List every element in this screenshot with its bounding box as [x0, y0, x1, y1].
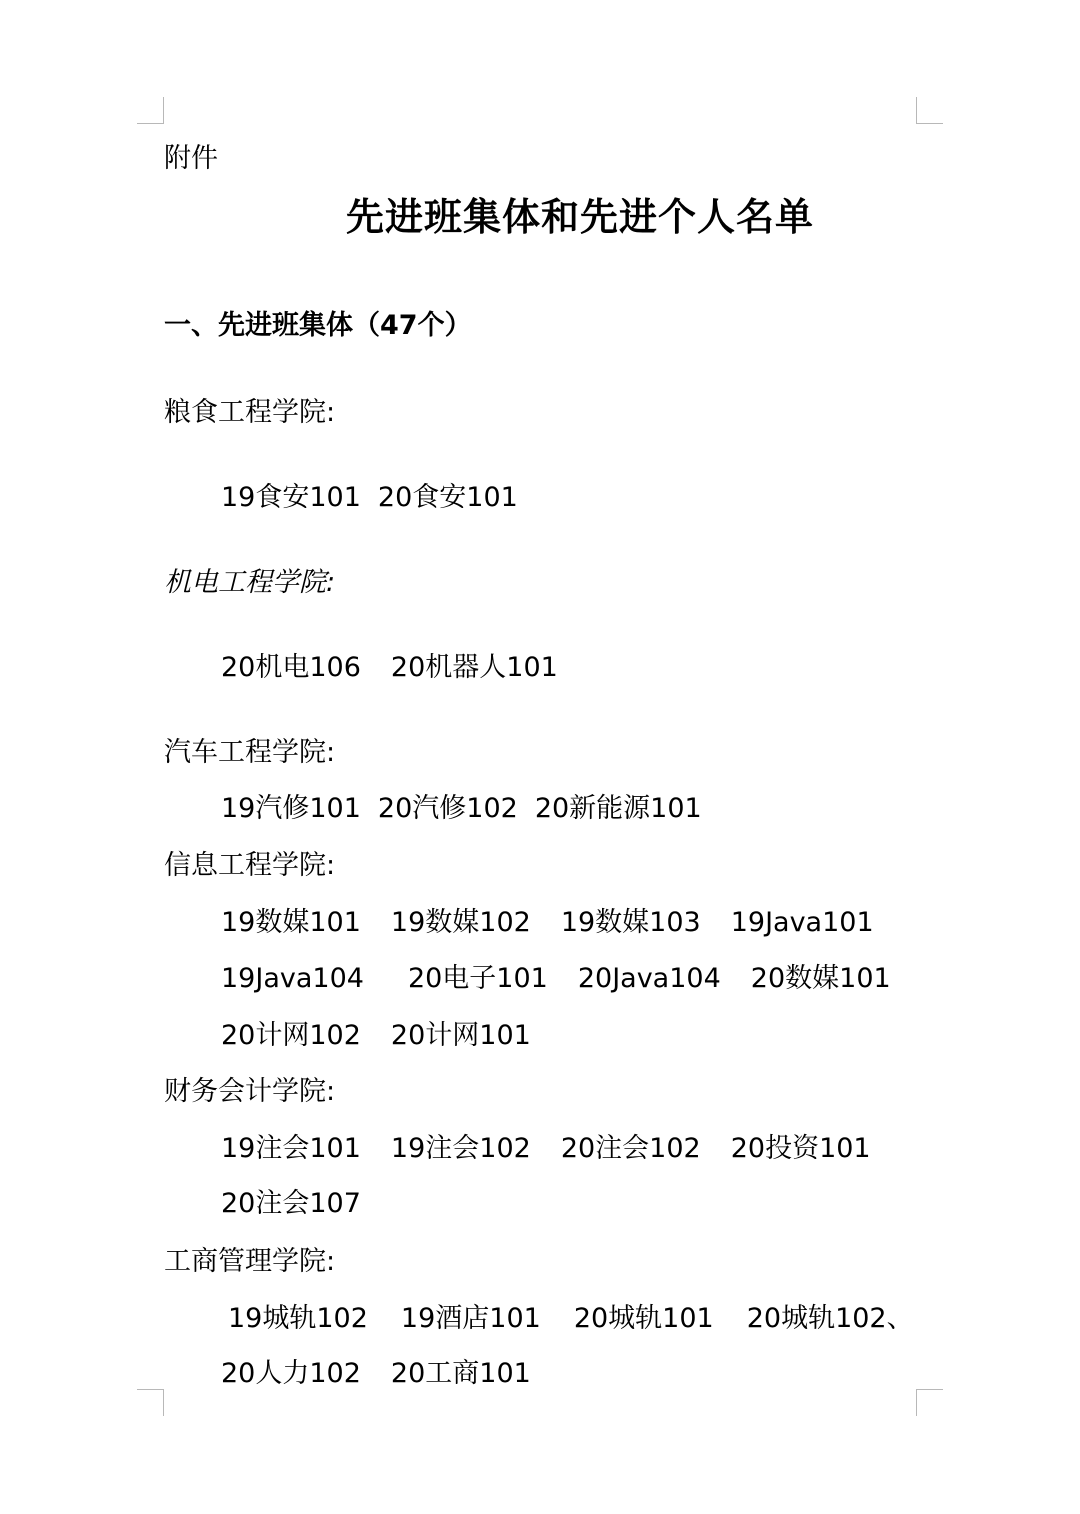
class-item: 20投资101 — [731, 1126, 871, 1165]
class-item: 19数媒103 — [561, 900, 701, 939]
class-item: 20工商101 — [391, 1351, 531, 1390]
class-item: 19城轨102 — [228, 1296, 368, 1335]
attachment-label: 附件 — [164, 136, 218, 175]
class-item: 20城轨102、 — [747, 1296, 914, 1335]
page-corner-mark-bottom-right — [916, 1389, 943, 1416]
class-item: 20机电106 — [221, 645, 361, 684]
class-item: 20食安101 — [378, 475, 518, 514]
class-item: 19汽修101 — [221, 786, 361, 825]
college-name: 财务会计学院: — [164, 1069, 335, 1108]
class-item: 19食安101 — [221, 475, 361, 514]
class-item: 19数媒102 — [391, 900, 531, 939]
class-item: 20计网101 — [391, 1013, 531, 1052]
page-corner-mark-top-left — [137, 97, 164, 124]
class-list-row: 20注会107 — [221, 1181, 361, 1220]
class-list-row: 20机电10620机器人101 — [221, 645, 558, 684]
class-item: 19酒店101 — [401, 1296, 541, 1335]
class-item: 19Java104 — [221, 963, 364, 994]
class-item: 19数媒101 — [221, 900, 361, 939]
class-list-row: 19数媒10119数媒10219数媒10319Java101 — [221, 900, 874, 939]
class-item: 20数媒101 — [751, 956, 891, 995]
class-list-row: 20计网10220计网101 — [221, 1013, 531, 1052]
document-title: 先进班集体和先进个人名单 — [0, 186, 1080, 241]
page-corner-mark-bottom-left — [137, 1389, 164, 1416]
section-heading: 一、先进班集体（47个） — [164, 303, 472, 342]
class-list-row: 19Java10420电子10120Java10420数媒101 — [221, 956, 891, 995]
college-name: 信息工程学院: — [164, 843, 335, 882]
class-item: 19Java101 — [731, 907, 874, 938]
class-item: 20汽修102 — [378, 786, 518, 825]
class-item: 20计网102 — [221, 1013, 361, 1052]
class-item: 20注会102 — [561, 1126, 701, 1165]
class-list-row: 19食安10120食安101 — [221, 475, 518, 514]
class-list-row: 19城轨10219酒店10120城轨10120城轨102、 — [228, 1296, 914, 1335]
class-list-row: 20人力10220工商101 — [221, 1351, 531, 1390]
class-item: 20城轨101 — [574, 1296, 714, 1335]
page-corner-mark-top-right — [916, 97, 943, 124]
college-name: 汽车工程学院: — [164, 730, 335, 769]
college-name: 粮食工程学院: — [164, 390, 335, 429]
class-item: 19注会102 — [391, 1126, 531, 1165]
class-item: 20注会107 — [221, 1181, 361, 1220]
class-item: 20机器人101 — [391, 645, 558, 684]
class-list-row: 19注会10119注会10220注会10220投资101 — [221, 1126, 871, 1165]
class-item: 20新能源101 — [535, 786, 702, 825]
college-name: 工商管理学院: — [164, 1239, 335, 1278]
class-item: 19注会101 — [221, 1126, 361, 1165]
college-name: 机电工程学院: — [164, 560, 335, 599]
class-item: 20Java104 — [578, 963, 721, 994]
class-item: 20电子101 — [408, 956, 548, 995]
class-item: 20人力102 — [221, 1351, 361, 1390]
class-list-row: 19汽修10120汽修10220新能源101 — [221, 786, 702, 825]
